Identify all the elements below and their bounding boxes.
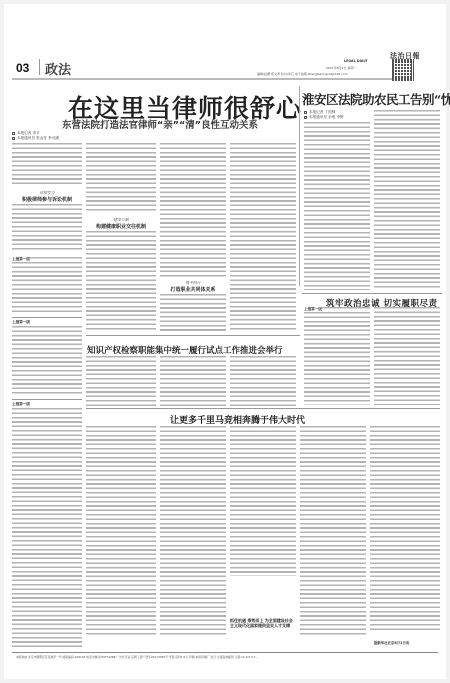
section-title: 打造职业共同体关系	[160, 286, 226, 293]
talent-subhead: 抓住机遇 乘势而上 为全面建设社会主义现代化国家提供坚实人才支撑	[230, 618, 296, 628]
talent-text-col1	[86, 426, 156, 636]
dateline-note: 据新华社北京8月1日电	[374, 640, 409, 645]
footer-rule	[12, 652, 438, 653]
main-text-col1b	[12, 204, 82, 252]
talent-text-col3a	[230, 426, 296, 576]
issue-date: 2021年8月2日 星期一	[326, 66, 356, 70]
lead-tag: 上接第一版	[12, 320, 30, 325]
right-mid-text-col2	[374, 307, 440, 405]
section-title: 积极律师参与诉讼机制	[12, 196, 82, 203]
main-text-col3a	[160, 143, 226, 278]
byline-box-icon	[304, 111, 307, 114]
right-text-col2	[374, 110, 440, 290]
main-text-col1a	[12, 143, 82, 187]
lead-tag: 上接第一版	[12, 402, 30, 407]
main-byline-2: 本报通讯员 张金芳 李可涵	[12, 136, 59, 141]
masthead-english: LEGAL DAILY	[344, 59, 367, 63]
main-text-col2a	[86, 143, 156, 211]
ip-text-col2	[160, 356, 226, 406]
main-text-col4	[230, 143, 296, 331]
footer-imprint: 本报地址:北京市朝阳区花家地甲一号 邮政编码:100102 电话中继线:8477…	[16, 655, 259, 659]
talent-text-col5	[370, 426, 440, 632]
brief-divider	[12, 317, 82, 318]
qr-code-icon[interactable]	[392, 59, 414, 81]
brief-divider	[12, 399, 82, 400]
page-number-divider	[39, 59, 40, 75]
article-divider	[302, 293, 442, 294]
news-brief-1	[12, 262, 82, 314]
byline-box-icon	[12, 137, 15, 140]
ip-text-col3	[230, 356, 296, 406]
main-subheadline: 东营法院打造法官律师“亲”“清”良性互动关系	[62, 117, 258, 131]
right-mid-text-col1	[304, 312, 370, 405]
right-byline-2: 本报通讯员 余甫 李野	[304, 115, 344, 120]
main-text-col2b	[86, 231, 156, 331]
talent-text-col2	[160, 426, 226, 636]
page-number: 03	[16, 61, 29, 75]
talent-text-col4	[300, 426, 366, 636]
section-title: 构建健康职业交往机制	[86, 223, 156, 230]
ip-text-col1	[86, 356, 156, 406]
right-headline[interactable]: 淮安区法院助农民工告别“忧酬烦薪”	[302, 90, 450, 108]
newspaper-page: 03 政法 法治日報 LEGAL DAILY 2021年8月2日 星期一 编辑/…	[4, 4, 446, 679]
right-text-col1	[304, 122, 370, 290]
main-text-col3b	[160, 294, 226, 331]
news-brief-3	[12, 408, 82, 648]
byline-box-icon	[304, 116, 307, 119]
ip-headline[interactable]: 知识产权检察职能集中统一履行试点工作推进会举行	[87, 344, 283, 356]
article-divider	[86, 335, 300, 336]
header-rule	[12, 78, 392, 80]
article-divider	[86, 408, 440, 409]
byline-box-icon	[12, 132, 15, 135]
news-brief-2	[12, 326, 82, 396]
text-line	[28, 257, 82, 261]
talent-headline[interactable]: 让更多千里马竞相奔腾于伟大时代	[170, 413, 305, 426]
section-name: 政法	[45, 59, 71, 78]
editor-line: 编辑/赵珊 郑文青 校对/李石 电子信箱:zhengfazongshi@126.…	[257, 72, 348, 76]
text-line	[320, 307, 370, 311]
column-divider	[299, 86, 300, 286]
